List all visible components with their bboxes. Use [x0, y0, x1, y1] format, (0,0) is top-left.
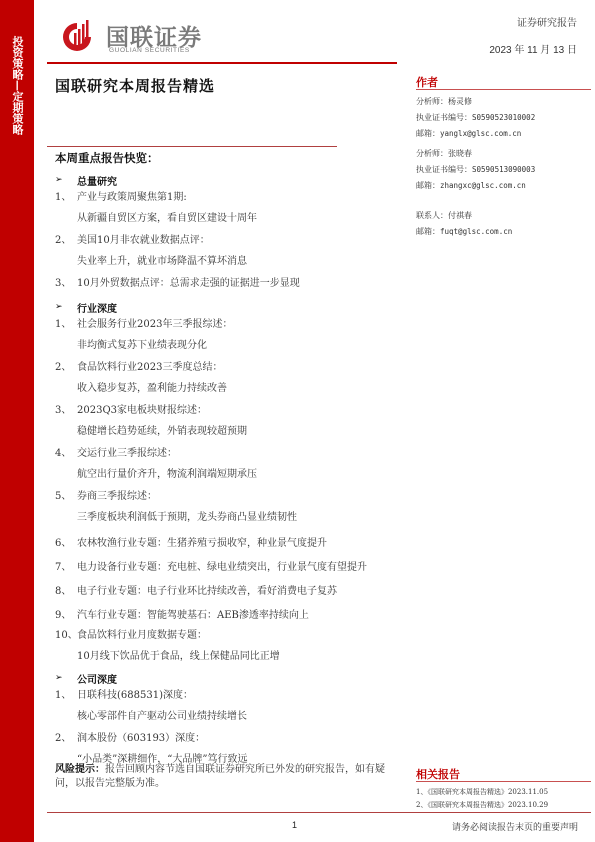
report-item: 4、 交运行业三季报综述：: [55, 443, 395, 459]
page-title: 国联研究本周报告精选: [55, 75, 215, 96]
report-item: 7、 电力设备行业专题：充电桩、绿电业绩突出，行业景气度有望提升: [55, 553, 395, 577]
report-summary-line: 非均衡式复苏下业绩表现分化: [55, 330, 395, 357]
report-title: 电子行业专题：电子行业环比持续改善，看好消费电子复苏: [77, 582, 337, 597]
report-item: 9、 汽车行业专题：智能驾驶基石：AEB渗透率持续向上: [55, 601, 395, 625]
report-title: 券商三季报综述：: [77, 487, 157, 502]
analyst-name: 分析师：杨灵修: [416, 94, 591, 110]
report-item: 10、 食品饮料行业月度数据专题：: [55, 625, 395, 641]
report-summary-line: 三季度板块利润低于预期，龙头券商凸显业绩韧性: [55, 502, 395, 529]
report-summary-line: 从新疆自贸区方案，看自贸区建设十周年: [55, 203, 395, 230]
page-number: 1: [292, 820, 297, 830]
report-title: 社会服务行业2023年三季报综述：: [77, 315, 232, 330]
report-item: 1、 日联科技(688531)深度：: [55, 685, 395, 701]
category-company: ➢ 公司深度: [55, 671, 395, 685]
report-title: 美国10月非农就业数据点评：: [77, 231, 210, 246]
report-summary-line: 失业率上升，就业市场降温不算坏消息: [55, 246, 395, 273]
report-item: 6、 农林牧渔行业专题：生猪养殖亏损收窄，种业景气度提升: [55, 529, 395, 553]
report-title: 电力设备行业专题：充电桩、绿电业绩突出，行业景气度有望提升: [77, 558, 367, 573]
report-item: 3、 10月外贸数据点评：总需求走强的证据进一步显现: [55, 273, 395, 289]
document-type: 证券研究报告: [517, 14, 577, 29]
summary-heading: 本周重点报告快览：: [55, 150, 395, 166]
related-heading: 相关报告: [416, 766, 591, 780]
arrow-bullet-icon: ➢: [55, 175, 77, 185]
email-link[interactable]: yanglx@glsc.com.cn: [440, 129, 521, 138]
footer-divider: [47, 812, 591, 813]
sidebar-band: 投资策略—定期策略: [0, 0, 34, 842]
report-title: 润本股份（603193）深度：: [77, 729, 205, 744]
company-logo: 国联证券 GUOLIAN SECURITIES: [60, 18, 220, 54]
report-summary-line: 10月线下饮品优于食品，线上保健品同比正增: [55, 641, 395, 668]
report-title: 汽车行业专题：智能驾驶基石：AEB渗透率持续向上: [77, 606, 309, 621]
arrow-bullet-icon: ➢: [55, 302, 77, 312]
related-report-link[interactable]: 2、《国联研究本周报告精选》2023.10.29: [416, 799, 591, 812]
logo-mark-icon: [60, 20, 94, 54]
risk-warning: 风险提示：报告回顾内容节选自国联证券研究所已外发的研究报告，如有疑问，以报告完整…: [55, 763, 395, 791]
report-title: 农林牧渔行业专题：生猪养殖亏损收窄，种业景气度提升: [77, 534, 327, 549]
authors-heading: 作者: [416, 74, 591, 88]
email-link[interactable]: fuqt@glsc.com.cn: [440, 227, 512, 236]
report-item: 2、 美国10月非农就业数据点评：: [55, 230, 395, 246]
analyst-email: 邮箱：yanglx@glsc.com.cn: [416, 126, 591, 142]
report-title: 2023Q3家电板块财报综述：: [77, 401, 207, 416]
authors-panel: 作者 分析师：杨灵修 执业证书编号：S0590523010002 邮箱：yang…: [416, 74, 591, 240]
sidebar-category-label: 投资策略—定期策略: [10, 36, 24, 135]
report-title: 食品饮料行业2023三季度总结：: [77, 358, 222, 373]
report-title: 产业与政策周聚焦第1期:: [77, 188, 187, 203]
document-date: 2023 年 11 月 13 日: [489, 41, 577, 56]
related-report-link[interactable]: 1、《国联研究本周报告精选》2023.11.05: [416, 786, 591, 799]
category-industry: ➢ 行业深度: [55, 300, 395, 314]
report-item: 2、 食品饮料行业2023三季度总结：: [55, 357, 395, 373]
report-item: 3、 2023Q3家电板块财报综述：: [55, 400, 395, 416]
contact-email: 邮箱：fuqt@glsc.com.cn: [416, 224, 591, 240]
report-summary-line: 稳健增长趋势延续，外销表现较超预期: [55, 416, 395, 443]
report-item: 1、 产业与政策周聚焦第1期:: [55, 187, 395, 203]
report-summary-line: 核心零部件自产驱动公司业绩持续增长: [55, 701, 395, 728]
risk-label: 风险提示：: [55, 764, 105, 775]
report-summary-line: 航空出行量价齐升，物流利润端短期承压: [55, 459, 395, 486]
analyst-name: 分析师：张晓春: [416, 146, 591, 162]
report-item: 2、 润本股份（603193）深度：: [55, 728, 395, 744]
authors-divider: [416, 89, 591, 90]
related-reports-panel: 相关报告 1、《国联研究本周报告精选》2023.11.05 2、《国联研究本周报…: [416, 766, 591, 812]
related-divider: [416, 781, 591, 782]
report-item: 1、 社会服务行业2023年三季报综述：: [55, 314, 395, 330]
title-divider: [47, 146, 337, 147]
risk-text: 报告回顾内容节选自国联证券研究所已外发的研究报告，如有疑问，以报告完整版为准。: [55, 764, 385, 789]
arrow-bullet-icon: ➢: [55, 673, 77, 683]
report-item: 8、 电子行业专题：电子行业环比持续改善，看好消费电子复苏: [55, 577, 395, 601]
report-summary: 本周重点报告快览： ➢ 总量研究 1、 产业与政策周聚焦第1期: 从新疆自贸区方…: [55, 150, 395, 771]
report-title: 食品饮料行业月度数据专题：: [77, 626, 207, 641]
analyst-cert: 执业证书编号：S0590523010002: [416, 110, 591, 126]
category-macro: ➢ 总量研究: [55, 173, 395, 187]
analyst-cert: 执业证书编号：S0590513090003: [416, 162, 591, 178]
contact-name: 联系人：付祺春: [416, 208, 591, 224]
email-link[interactable]: zhangxc@glsc.com.cn: [440, 181, 526, 190]
report-title: 10月外贸数据点评：总需求走强的证据进一步显现: [77, 274, 300, 289]
report-title: 交运行业三季报综述：: [77, 444, 177, 459]
report-summary-line: 收入稳步复苏，盈利能力持续改善: [55, 373, 395, 400]
logo-english-name: GUOLIAN SECURITIES: [109, 47, 190, 54]
analyst-email: 邮箱：zhangxc@glsc.com.cn: [416, 178, 591, 194]
footer-disclaimer: 请务必阅读报告末页的重要声明: [452, 820, 578, 833]
header-divider: [47, 62, 397, 64]
report-item: 5、 券商三季报综述：: [55, 486, 395, 502]
report-title: 日联科技(688531)深度：: [77, 686, 193, 701]
